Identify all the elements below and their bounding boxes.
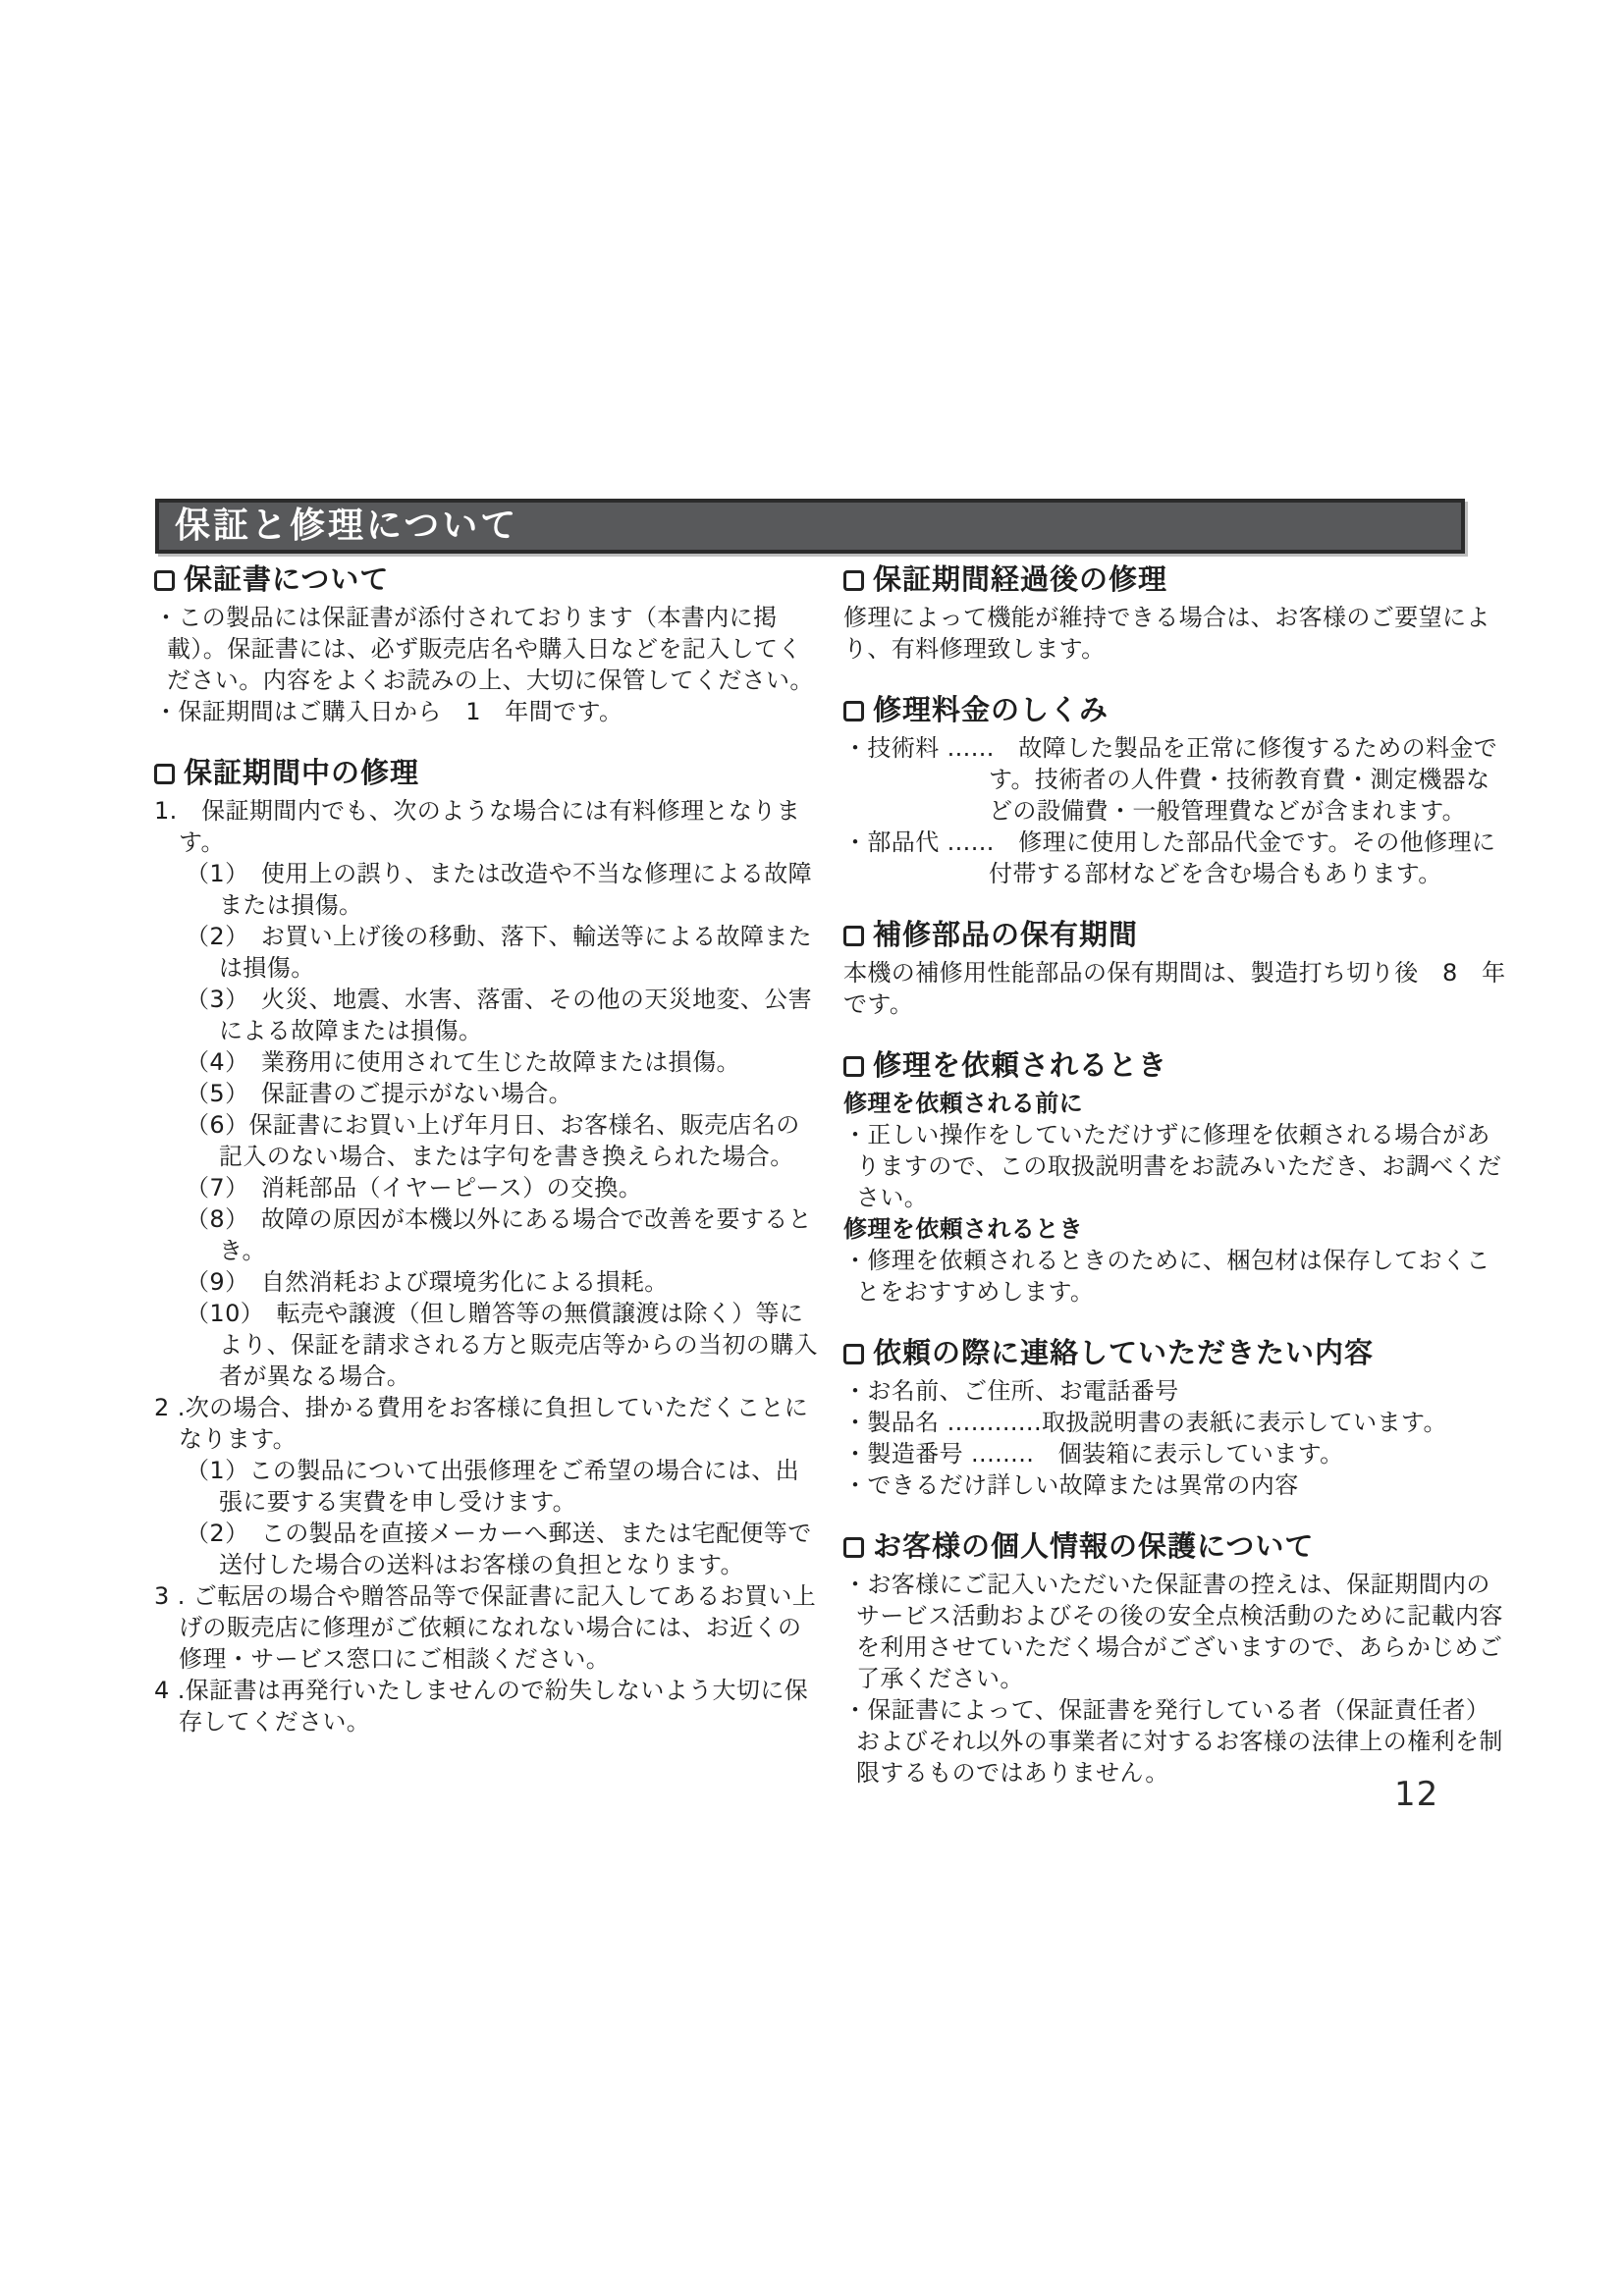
subheading: 修理を依頼されるとき (843, 1213, 1507, 1245)
section-heading: 修理料金のしくみ (843, 694, 1507, 725)
manual-page: 保証と修理について 保証書について ・この製品には保証書が添付されております（本… (0, 0, 1624, 2296)
section-square-icon (154, 570, 175, 591)
section-square-icon (843, 1537, 864, 1558)
section-contact-info: 依頼の際に連絡していただきたい内容 ・お名前、ご住所、お電話番号 ・製品名 ..… (843, 1337, 1507, 1501)
section-square-icon (843, 926, 864, 946)
list-item: （5） 保証書のご提示がない場合。 (186, 1078, 818, 1109)
content-columns: 保証書について ・この製品には保証書が添付されております（本書内に掲載）。保証書… (154, 563, 1509, 1789)
section-square-icon (843, 1056, 864, 1077)
paragraph: 修理によって機能が維持できる場合は、お客様のご要望により、有料修理致します。 (843, 602, 1507, 665)
list-item: ・修理を依頼されるときのために、梱包材は保存しておくことをおすすめします。 (843, 1245, 1507, 1308)
section-heading: 保証期間経過後の修理 (843, 563, 1507, 595)
section-request-repair: 修理を依頼されるとき 修理を依頼される前に ・正しい操作をしていただけずに修理を… (843, 1049, 1507, 1308)
list-item: （2） お買い上げ後の移動、落下、輸送等による故障または損傷。 (186, 921, 818, 984)
list-item: ・部品代 ...... 修理に使用した部品代金です。その他修理に付帯する部材など… (843, 827, 1507, 889)
section-heading-label: 保証書について (184, 563, 389, 595)
section-privacy: お客様の個人情報の保護について ・お客様にご記入いただいた保証書の控えは、保証期… (843, 1530, 1507, 1789)
section-repair-in-warranty: 保証期間中の修理 1. 保証期間内でも、次のような場合には有料修理となります。 … (154, 757, 818, 1737)
section-square-icon (843, 1344, 864, 1364)
subheading: 修理を依頼される前に (843, 1088, 1507, 1119)
section-heading: 保証期間中の修理 (154, 757, 818, 788)
list-item: （8） 故障の原因が本機以外にある場合で改善を要するとき。 (186, 1203, 818, 1266)
section-repair-fee: 修理料金のしくみ ・技術料 ...... 故障した製品を正常に修復するための料金… (843, 694, 1507, 889)
list-item: 1. 保証期間内でも、次のような場合には有料修理となります。 (154, 795, 818, 858)
section-heading-label: 修理料金のしくみ (873, 694, 1109, 725)
list-item: ・お客様にご記入いただいた保証書の控えは、保証期間内のサービス活動およびその後の… (843, 1569, 1507, 1694)
page-number: 12 (1394, 1775, 1438, 1814)
left-column: 保証書について ・この製品には保証書が添付されております（本書内に掲載）。保証書… (154, 563, 818, 1789)
list-item: 3 . ご転居の場合や贈答品等で保証書に記入してあるお買い上げの販売店に修理がご… (154, 1580, 818, 1675)
list-item: （9） 自然消耗および環境劣化による損耗。 (186, 1266, 818, 1298)
list-item: ・この製品には保証書が添付されております（本書内に掲載）。保証書には、必ず販売店… (154, 602, 818, 696)
section-warranty-card: 保証書について ・この製品には保証書が添付されております（本書内に掲載）。保証書… (154, 563, 818, 727)
section-heading: お客様の個人情報の保護について (843, 1530, 1507, 1562)
section-heading: 修理を依頼されるとき (843, 1049, 1507, 1081)
section-square-icon (154, 764, 175, 784)
list-item: （4） 業務用に使用されて生じた故障または損傷。 (186, 1046, 818, 1078)
section-heading-label: 保証期間中の修理 (184, 757, 419, 788)
list-item: ・製品名 ............取扱説明書の表紙に表示しています。 (843, 1407, 1507, 1438)
list-item: ・正しい操作をしていただけずに修理を依頼される場合がありますので、この取扱説明書… (843, 1119, 1507, 1213)
list-item: （1） 使用上の誤り、または改造や不当な修理による故障または損傷。 (186, 858, 818, 921)
section-heading: 保証書について (154, 563, 818, 595)
page-title: 保証と修理について (159, 508, 518, 544)
section-heading: 依頼の際に連絡していただきたい内容 (843, 1337, 1507, 1368)
list-item: ・技術料 ...... 故障した製品を正常に修復するための料金です。技術者の人件… (843, 732, 1507, 827)
list-item: ・製造番号 ........ 個装箱に表示しています。 (843, 1438, 1507, 1469)
section-heading-label: お客様の個人情報の保護について (873, 1530, 1314, 1562)
list-item: （7） 消耗部品（イヤーピース）の交換。 (186, 1172, 818, 1203)
section-after-warranty: 保証期間経過後の修理 修理によって機能が維持できる場合は、お客様のご要望により、… (843, 563, 1507, 665)
section-heading-label: 依頼の際に連絡していただきたい内容 (873, 1337, 1374, 1368)
list-item: ・できるだけ詳しい故障または異常の内容 (843, 1469, 1507, 1501)
section-heading-label: 補修部品の保有期間 (873, 919, 1138, 950)
list-item: 4 .保証書は再発行いたしませんので紛失しないよう大切に保存してください。 (154, 1675, 818, 1737)
paragraph: 本機の補修用性能部品の保有期間は、製造打ち切り後 8 年です。 (843, 957, 1507, 1020)
section-square-icon (843, 570, 864, 591)
list-item: （1）この製品について出張修理をご希望の場合には、出張に要する実費を申し受けます… (186, 1455, 818, 1518)
list-item: ・お名前、ご住所、お電話番号 (843, 1375, 1507, 1407)
right-column: 保証期間経過後の修理 修理によって機能が維持できる場合は、お客様のご要望により、… (843, 563, 1507, 1789)
section-heading: 補修部品の保有期間 (843, 919, 1507, 950)
section-parts-retention: 補修部品の保有期間 本機の補修用性能部品の保有期間は、製造打ち切り後 8 年です… (843, 919, 1507, 1020)
list-item: （2） この製品を直接メーカーへ郵送、または宅配便等で送付した場合の送料はお客様… (186, 1518, 818, 1580)
section-heading-label: 保証期間経過後の修理 (873, 563, 1167, 595)
list-item: ・保証期間はご購入日から 1 年間です。 (154, 696, 818, 727)
list-item: 2 .次の場合、掛かる費用をお客様に負担していただくことになります。 (154, 1392, 818, 1455)
section-square-icon (843, 701, 864, 721)
list-item: （10） 転売や譲渡（但し贈答等の無償譲渡は除く）等により、保証を請求される方と… (186, 1298, 818, 1392)
list-item: （3） 火災、地震、水害、落雷、その他の天災地変、公害による故障または損傷。 (186, 984, 818, 1046)
list-item: （6）保証書にお買い上げ年月日、お客様名、販売店名の記入のない場合、または字句を… (186, 1109, 818, 1172)
section-heading-label: 修理を依頼されるとき (873, 1049, 1167, 1081)
title-bar: 保証と修理について (155, 499, 1465, 554)
